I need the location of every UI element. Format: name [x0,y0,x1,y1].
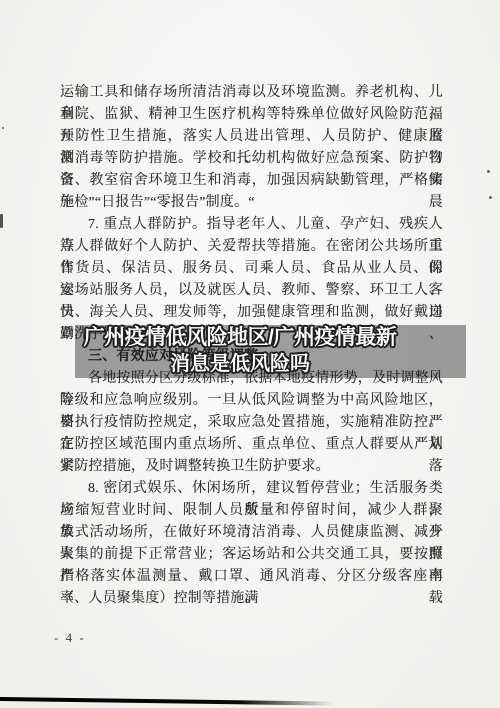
document-line: 格执行疫情防控规定，采取应急处置措施，实施精准防控。在划 [60,412,443,434]
document-line: 8. 密闭式娱乐、休闲场所，建议暂停营业；生活服务类场所， [60,478,443,500]
document-line: 利院、监狱、精神卫生医疗机构等特殊单位做好风险防范，开展 [60,104,443,126]
document-line: 聚集的前提下正常营业；客运场站和公共交通工具，要按照指南 [60,544,443,566]
document-line: 售货员、保洁员、服务员、司乘人员、食品从业人员、保安、客 [60,258,443,280]
document-line: 7. 重点人群防护。指导老年人、儿童、孕产妇、残疾人等重 [60,214,443,236]
headline-line-1: 广州疫情低风险地区/广州疫情最新 [68,324,412,352]
document-line: 放式活动场所，在做好环境清洁消毒、人员健康监测、减少人群 [60,522,443,544]
document-line: 应缩短营业时间、限制人员数量和停留时间，减少人群聚集；开 [60,500,443,522]
scan-speck [489,196,492,199]
page-number: - 4 - [54,630,86,646]
headline-line-2: 消息是低风险吗 [68,352,412,377]
document-line: 预防性卫生措施，落实人员进出管理、人员防护、健康监测、日 [60,126,443,148]
document-line: 备、教室宿舍环境卫生和消毒，加强因病缺勤管理，严格实施“晨 [60,170,443,192]
headline-overlay: 广州疫情低风险地区/广州疫情最新 消息是低风险吗 [68,324,412,380]
scan-edge-artifact [0,697,334,706]
document-line: 员、海关人员、理发师等，加强健康管理和监测，做好戴口罩、 [60,302,443,324]
scan-speck [487,170,490,173]
scan-speck [2,127,4,129]
scan-tick-artifact [0,214,3,228]
document-line: 严格落实体温测量、戴口罩、通风消毒、分区分级客座率（满载 [60,566,443,588]
document-line: 常消毒等防护措施。学校和托幼机构做好应急预案、防护物资储 [60,148,443,170]
document-line: 运输工具和储存场所清洁消毒以及环境监测。养老机构、儿童福 [60,82,443,104]
document-line: 等级和应急响应级别。一旦从低风险调整为中高风险地区，要严 [60,390,443,412]
document-line: 运场站服务人员，以及就医人员、教师、警察、环卫工人、快递 [60,280,443,302]
document-line: 点人群做好个人防护、关爱帮扶等措施。在密闭公共场所工作的 [60,236,443,258]
document-line: 定防控区域范围内重点场所、重点单位、重点人群要从严从紧落 [60,434,443,456]
